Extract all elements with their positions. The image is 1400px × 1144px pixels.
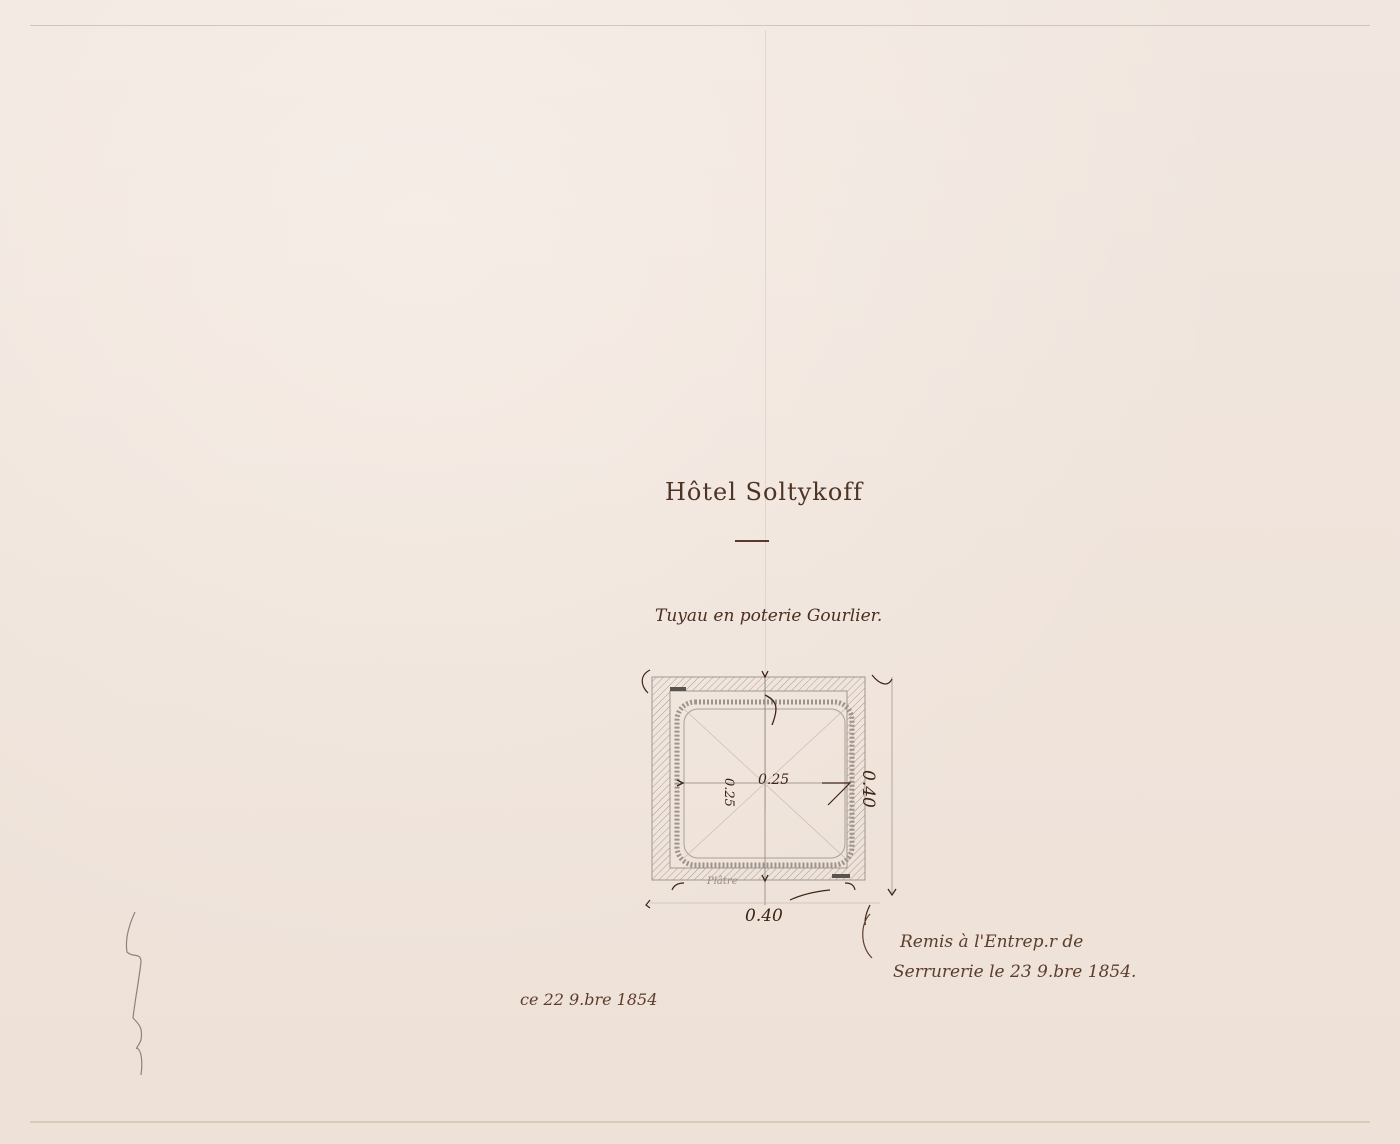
outer-width-dimension-label: 0.40	[745, 906, 783, 926]
drawing-title: Hôtel Soltykoff	[665, 478, 863, 506]
pencil-signature-mark	[115, 900, 165, 1080]
outer-height-dimension-label: 0.40	[858, 770, 878, 808]
handover-note-line2: Serrurerie le 23 9.bre 1854.	[893, 962, 1136, 982]
drawing-date: ce 22 9.bre 1854	[520, 990, 657, 1009]
pipe-caption: Tuyau en poterie Gourlier.	[655, 606, 882, 626]
title-underline	[735, 540, 769, 542]
annotation-bracket	[858, 912, 878, 962]
top-fold-line	[30, 25, 1370, 26]
handover-note-line1: Remis à l'Entrep.r de	[900, 932, 1083, 952]
inner-dimension-label: 0.25	[758, 772, 789, 788]
material-note: Plâtre	[707, 876, 738, 887]
paper-sheet: Hôtel Soltykoff Tuyau en poterie Gourlie…	[0, 0, 1400, 1144]
bottom-fold-line	[30, 1121, 1370, 1123]
inner-vertical-dimension-label: 0.25	[721, 778, 736, 807]
